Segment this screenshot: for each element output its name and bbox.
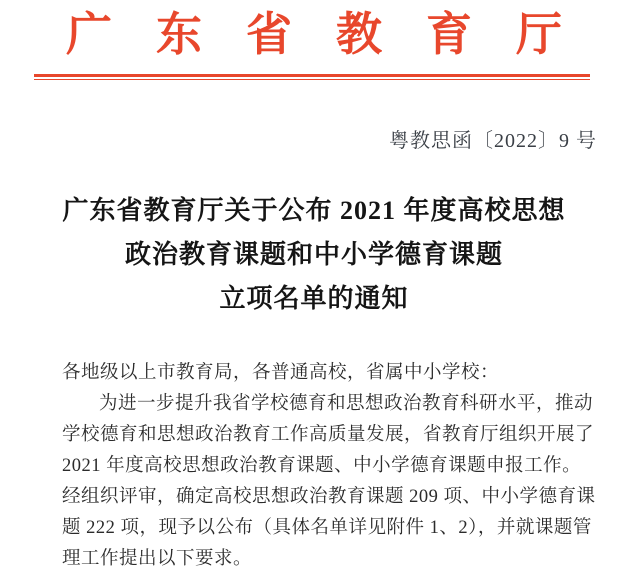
body-line-3: 2021 年度高校思想政治教育课题、中小学德育课题申报工作。 — [62, 451, 572, 482]
document-number: 粤教思函〔2022〕9 号 — [0, 129, 628, 153]
red-header-rule — [34, 74, 590, 80]
document-title-line-2: 政治教育课题和中小学德育课题 — [0, 233, 628, 277]
document-page: 广东省教育厅 粤教思函〔2022〕9 号 广东省教育厅关于公布 2021 年度高… — [0, 0, 628, 587]
body-line-6: 理工作提出以下要求。 — [62, 544, 572, 575]
body-line-2: 学校德育和思想政治教育工作高质量发展，省教育厅组织开展了 — [62, 420, 572, 451]
body-line-1: 为进一步提升我省学校德育和思想政治教育科研水平，推动 — [62, 389, 572, 420]
document-title: 广东省教育厅关于公布 2021 年度高校思想 政治教育课题和中小学德育课题 立项… — [0, 189, 628, 321]
agency-letterhead-title: 广东省教育厅 — [0, 0, 628, 64]
body-line-5: 题 222 项，现予以公布（具体名单详见附件 1、2），并就课题管 — [62, 513, 572, 544]
document-body: 各地级以上市教育局，各普通高校，省属中小学校： 为进一步提升我省学校德育和思想政… — [62, 358, 572, 575]
salutation-line: 各地级以上市教育局，各普通高校，省属中小学校： — [62, 358, 572, 389]
document-title-line-1: 广东省教育厅关于公布 2021 年度高校思想 — [0, 189, 628, 233]
body-line-4: 经组织评审，确定高校思想政治教育课题 209 项、中小学德育课 — [62, 482, 572, 513]
document-title-line-3: 立项名单的通知 — [0, 277, 628, 321]
